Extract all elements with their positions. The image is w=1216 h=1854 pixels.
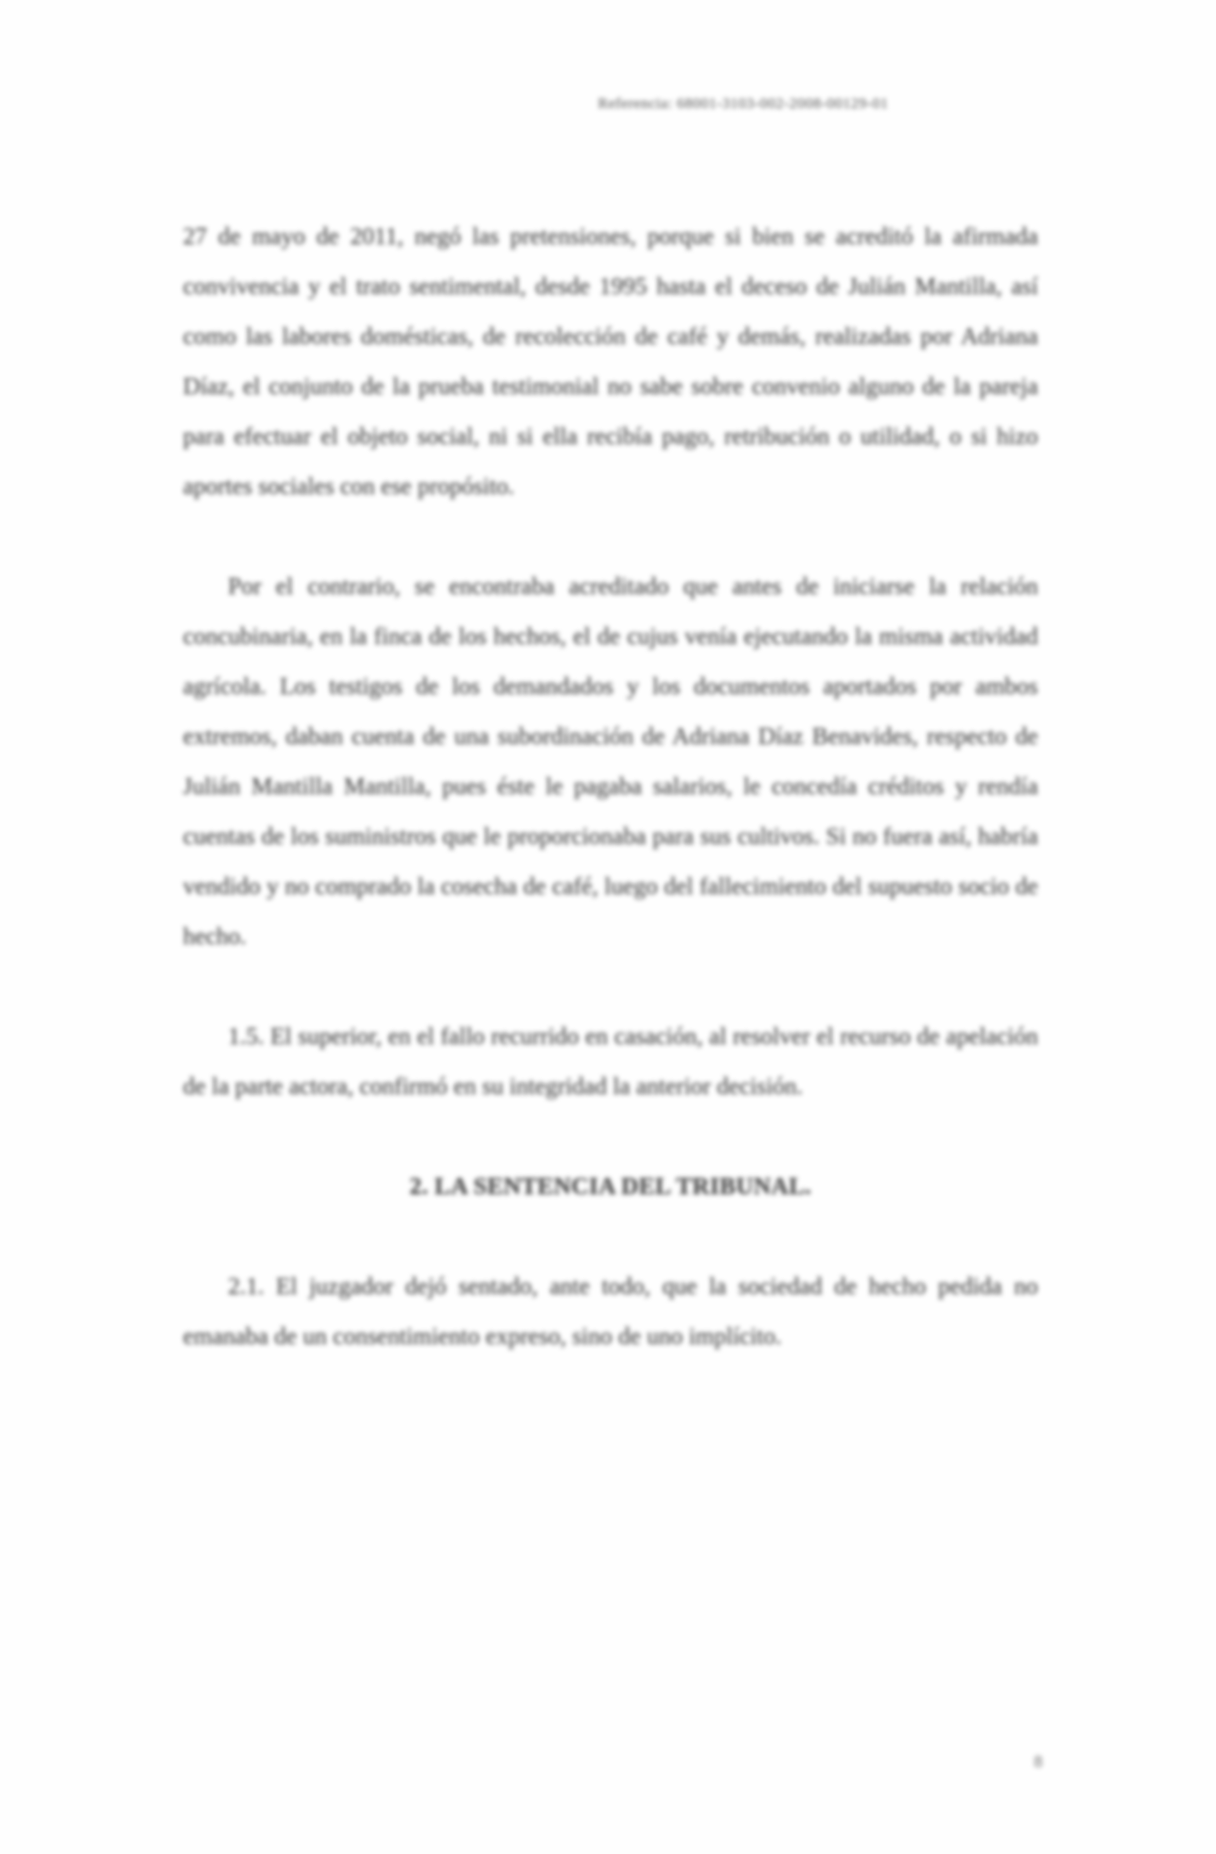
- paragraph-ruling-summary: 27 de mayo de 2011, negó las pretensione…: [183, 212, 1038, 512]
- document-page: Referencia: 68001-3103-002-2008-00129-01…: [0, 0, 1216, 1854]
- page-number: 8: [1034, 1752, 1043, 1772]
- section-heading-tribunal-sentence: 2. LA SENTENCIA DEL TRIBUNAL.: [183, 1162, 1038, 1212]
- document-body: 27 de mayo de 2011, negó las pretensione…: [183, 212, 1038, 1412]
- case-reference: Referencia: 68001-3103-002-2008-00129-01: [598, 96, 898, 113]
- paragraph-appeal-confirmation: 1.5. El superior, en el fallo recurrido …: [183, 1012, 1038, 1112]
- paragraph-contrary-findings: Por el contrario, se encontraba acredita…: [183, 562, 1038, 962]
- paragraph-tribunal-reasoning: 2.1. El juzgador dejó sentado, ante todo…: [183, 1262, 1038, 1362]
- scanned-content: Referencia: 68001-3103-002-2008-00129-01…: [0, 0, 1216, 1854]
